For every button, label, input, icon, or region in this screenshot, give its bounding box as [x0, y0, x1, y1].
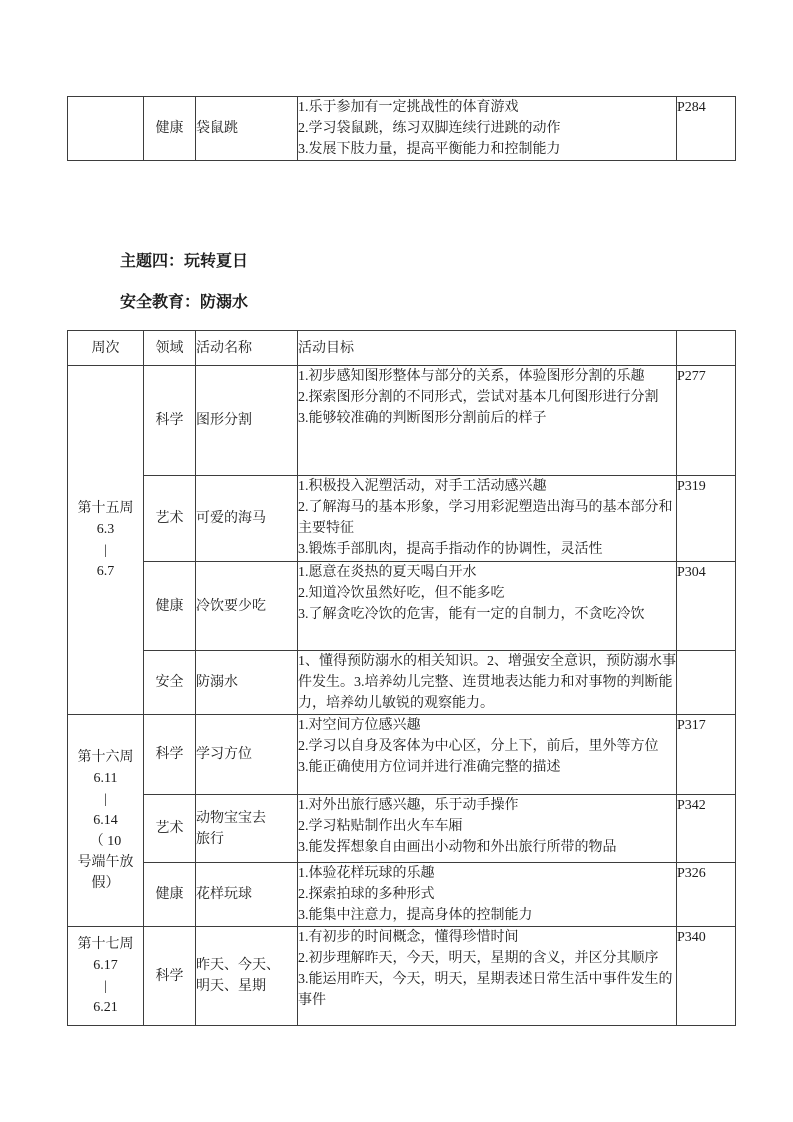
week-cell: 第十五周 6.3 | 6.7 — [68, 366, 144, 715]
header-row: 周次 领域 活动名称 活动目标 — [68, 331, 736, 366]
activity-cell: 昨天、今天、 明天、星期 — [196, 927, 298, 1026]
page-ref: P277 — [677, 366, 736, 476]
goal-cell: 1.体验花样玩球的乐趣 2.探索拍球的多种形式 3.能集中注意力，提高身体的控制… — [298, 863, 677, 927]
header-domain: 领域 — [144, 331, 196, 366]
table-row: 健康 袋鼠跳 1.乐于参加有一定挑战性的体育游戏 2.学习袋鼠跳，练习双脚连续行… — [68, 97, 736, 161]
page-ref: P317 — [677, 715, 736, 795]
domain-cell: 艺术 — [144, 795, 196, 863]
page-ref: P340 — [677, 927, 736, 1026]
curriculum-table: 周次 领域 活动名称 活动目标 第十五周 6.3 | 6.7 科学 图形分割 1… — [67, 330, 736, 1026]
activity-cell: 花样玩球 — [196, 863, 298, 927]
goal-cell: 1.愿意在炎热的夏天喝白开水 2.知道冷饮虽然好吃，但不能多吃 3.了解贪吃冷饮… — [298, 562, 677, 651]
domain-cell: 艺术 — [144, 476, 196, 562]
activity-cell: 动物宝宝去 旅行 — [196, 795, 298, 863]
domain-cell: 健康 — [144, 562, 196, 651]
header-page — [677, 331, 736, 366]
document-page: 健康 袋鼠跳 1.乐于参加有一定挑战性的体育游戏 2.学习袋鼠跳，练习双脚连续行… — [0, 0, 793, 1122]
domain-cell: 科学 — [144, 927, 196, 1026]
activity-cell: 冷饮要少吃 — [196, 562, 298, 651]
table-row: 健康 冷饮要少吃 1.愿意在炎热的夏天喝白开水 2.知道冷饮虽然好吃，但不能多吃… — [68, 562, 736, 651]
page-ref: P284 — [677, 97, 736, 161]
page-ref: P304 — [677, 562, 736, 651]
safety-education-heading: 安全教育：防溺水 — [120, 293, 248, 313]
page-ref: P326 — [677, 863, 736, 927]
goal-cell: 1.对外出旅行感兴趣，乐于动手操作 2.学习粘贴制作出火车车厢 3.能发挥想象自… — [298, 795, 677, 863]
top-table: 健康 袋鼠跳 1.乐于参加有一定挑战性的体育游戏 2.学习袋鼠跳，练习双脚连续行… — [67, 96, 736, 161]
activity-cell: 防溺水 — [196, 651, 298, 715]
week-cell — [68, 97, 144, 161]
header-activity: 活动名称 — [196, 331, 298, 366]
table-row: 艺术 动物宝宝去 旅行 1.对外出旅行感兴趣，乐于动手操作 2.学习粘贴制作出火… — [68, 795, 736, 863]
domain-cell: 科学 — [144, 715, 196, 795]
goal-cell: 1.有初步的时间概念，懂得珍惜时间 2.初步理解昨天，今天，明天，星期的含义，并… — [298, 927, 677, 1026]
table-row: 第十五周 6.3 | 6.7 科学 图形分割 1.初步感知图形整体与部分的关系，… — [68, 366, 736, 476]
domain-cell: 科学 — [144, 366, 196, 476]
theme-heading: 主题四：玩转夏日 — [120, 252, 248, 272]
header-week: 周次 — [68, 331, 144, 366]
domain-cell: 健康 — [144, 97, 196, 161]
table-row: 安全 防溺水 1、懂得预防溺水的相关知识。2、增强安全意识，预防溺水事件发生。3… — [68, 651, 736, 715]
table-row: 艺术 可爱的海马 1.积极投入泥塑活动，对手工活动感兴趣 2.了解海马的基本形象… — [68, 476, 736, 562]
week-cell: 第十六周 6.11 | 6.14 （ 10 号端午放 假） — [68, 715, 144, 927]
goal-cell: 1.乐于参加有一定挑战性的体育游戏 2.学习袋鼠跳，练习双脚连续行进跳的动作 3… — [298, 97, 677, 161]
page-ref — [677, 651, 736, 715]
goal-cell: 1、懂得预防溺水的相关知识。2、增强安全意识，预防溺水事件发生。3.培养幼儿完整… — [298, 651, 677, 715]
header-goal: 活动目标 — [298, 331, 677, 366]
table-row: 第十六周 6.11 | 6.14 （ 10 号端午放 假） 科学 学习方位 1.… — [68, 715, 736, 795]
goal-cell: 1.初步感知图形整体与部分的关系，体验图形分割的乐趣 2.探索图形分割的不同形式… — [298, 366, 677, 476]
table-row: 第十七周 6.17 | 6.21 科学 昨天、今天、 明天、星期 1.有初步的时… — [68, 927, 736, 1026]
table-row: 健康 花样玩球 1.体验花样玩球的乐趣 2.探索拍球的多种形式 3.能集中注意力… — [68, 863, 736, 927]
domain-cell: 安全 — [144, 651, 196, 715]
activity-cell: 可爱的海马 — [196, 476, 298, 562]
activity-cell: 袋鼠跳 — [196, 97, 298, 161]
page-ref: P319 — [677, 476, 736, 562]
week-cell: 第十七周 6.17 | 6.21 — [68, 927, 144, 1026]
domain-cell: 健康 — [144, 863, 196, 927]
goal-cell: 1.对空间方位感兴趣 2.学习以自身及客体为中心区，分上下，前后，里外等方位 3… — [298, 715, 677, 795]
page-ref: P342 — [677, 795, 736, 863]
goal-cell: 1.积极投入泥塑活动，对手工活动感兴趣 2.了解海马的基本形象，学习用彩泥塑造出… — [298, 476, 677, 562]
activity-cell: 图形分割 — [196, 366, 298, 476]
activity-cell: 学习方位 — [196, 715, 298, 795]
